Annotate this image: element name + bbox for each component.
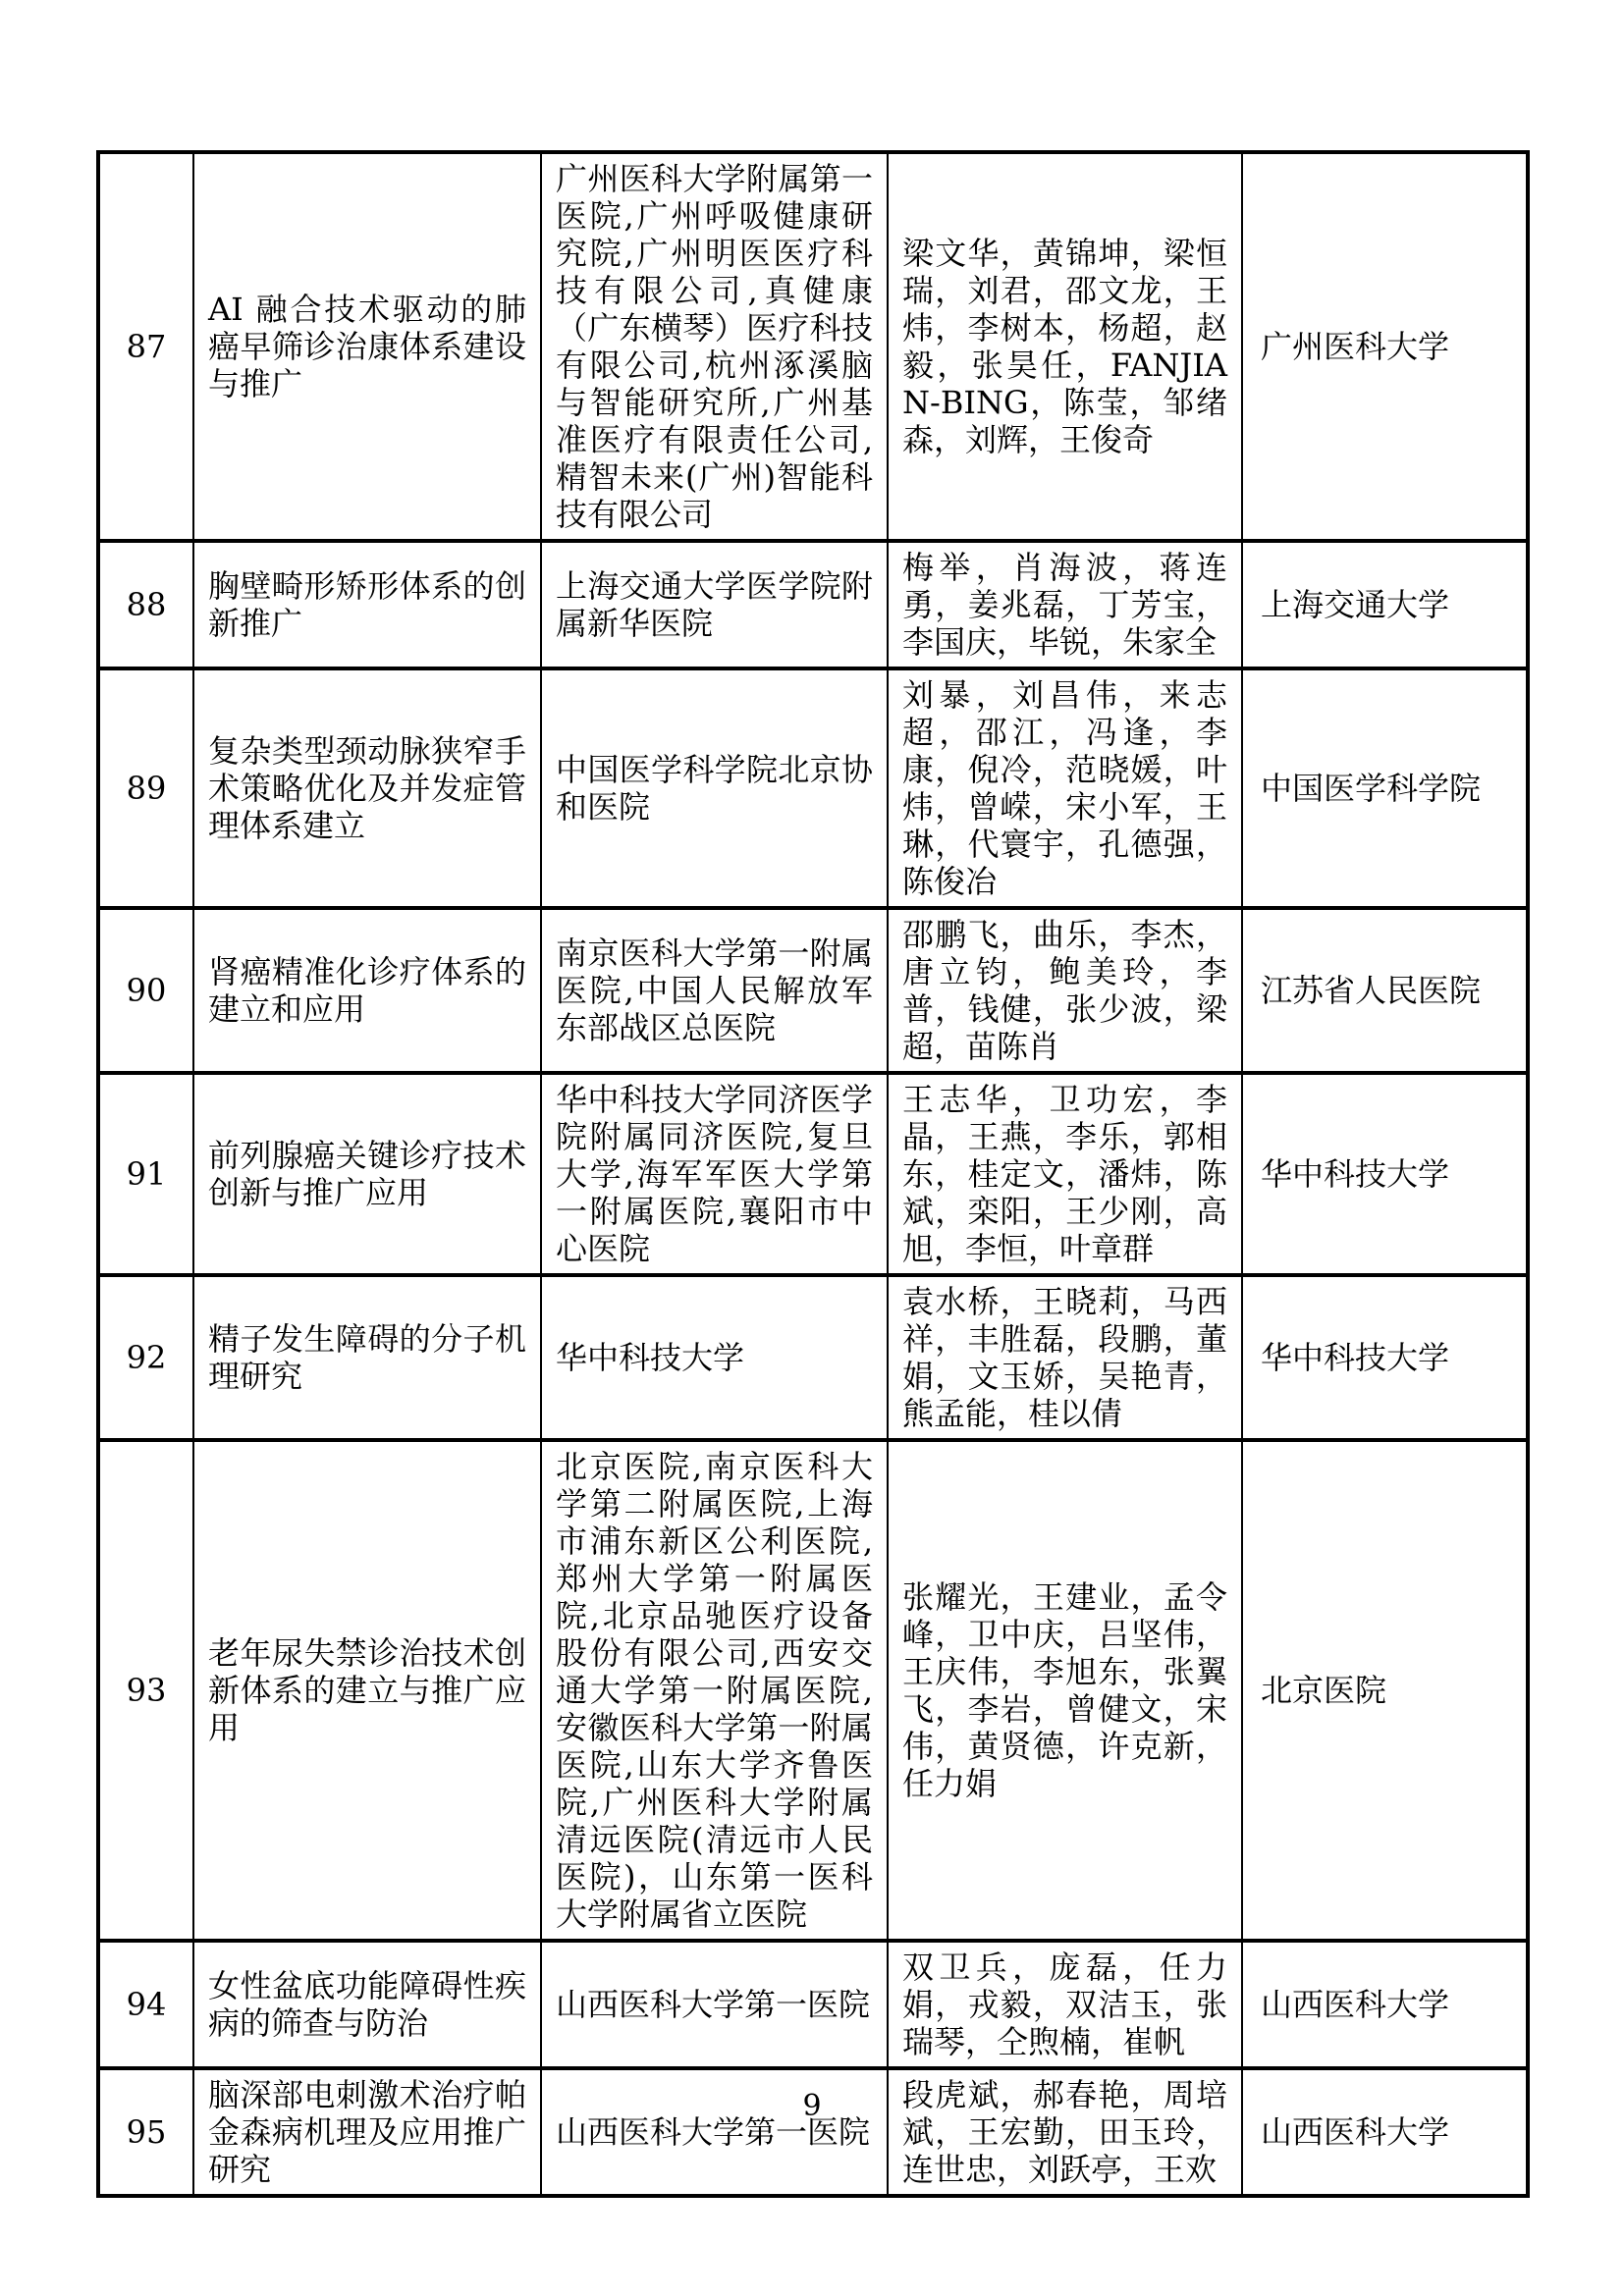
row-number: 93 <box>98 1440 193 1941</box>
project-title: 肾癌精准化诊疗体系的建立和应用 <box>193 908 541 1073</box>
project-people: 梅举，肖海波，蒋连勇，姜兆磊，丁芳宝，李国庆，毕锐，朱家全 <box>888 541 1242 668</box>
table-row: 93 老年尿失禁诊治技术创新体系的建立与推广应用 北京医院,南京医科大学第二附属… <box>98 1440 1528 1941</box>
project-title: 脑深部电刺激术治疗帕金森病机理及应用推广研究 <box>193 2068 541 2196</box>
recommending-institution: 江苏省人民医院 <box>1242 908 1528 1073</box>
project-title: 复杂类型颈动脉狭窄手术策略优化及并发症管理体系建立 <box>193 668 541 908</box>
table-row: 92 精子发生障碍的分子机理研究 华中科技大学 袁水桥，王晓莉，马西祥，丰胜磊，… <box>98 1275 1528 1440</box>
row-number: 92 <box>98 1275 193 1440</box>
completing-institutions: 中国医学科学院北京协和医院 <box>541 668 888 908</box>
completing-institutions: 北京医院,南京医科大学第二附属医院,上海市浦东新区公利医院,郑州大学第一附属医院… <box>541 1440 888 1941</box>
completing-institutions: 广州医科大学附属第一医院,广州呼吸健康研究院,广州明医医疗科技有限公司,真健康（… <box>541 152 888 541</box>
page-number: 9 <box>0 2089 1624 2124</box>
recommending-institution: 北京医院 <box>1242 1440 1528 1941</box>
recommending-institution: 中国医学科学院 <box>1242 668 1528 908</box>
project-title: 老年尿失禁诊治技术创新体系的建立与推广应用 <box>193 1440 541 1941</box>
recommending-institution: 山西医科大学 <box>1242 2068 1528 2196</box>
project-people: 张耀光，王建业，孟令峰，卫中庆，吕坚伟，王庆伟，李旭东，张翼飞，李岩，曾健文，宋… <box>888 1440 1242 1941</box>
project-people: 邵鹏飞，曲乐，李杰，唐立钧，鲍美玲，李普，钱健，张少波，梁超，苗陈肖 <box>888 908 1242 1073</box>
projects-table: 87 AI 融合技术驱动的肺癌早筛诊治康体系建设与推广 广州医科大学附属第一医院… <box>96 150 1530 2198</box>
row-number: 95 <box>98 2068 193 2196</box>
completing-institutions: 山西医科大学第一医院 <box>541 1941 888 2068</box>
project-people: 王志华，卫功宏，李晶，王燕，李乐，郭相东，桂定文，潘炜，陈斌，栾阳，王少刚，高旭… <box>888 1073 1242 1275</box>
table-row: 94 女性盆底功能障碍性疾病的筛查与防治 山西医科大学第一医院 双卫兵，庞磊，任… <box>98 1941 1528 2068</box>
table-row: 89 复杂类型颈动脉狭窄手术策略优化及并发症管理体系建立 中国医学科学院北京协和… <box>98 668 1528 908</box>
recommending-institution: 华中科技大学 <box>1242 1073 1528 1275</box>
recommending-institution: 华中科技大学 <box>1242 1275 1528 1440</box>
completing-institutions: 山西医科大学第一医院 <box>541 2068 888 2196</box>
table-row: 87 AI 融合技术驱动的肺癌早筛诊治康体系建设与推广 广州医科大学附属第一医院… <box>98 152 1528 541</box>
row-number: 91 <box>98 1073 193 1275</box>
row-number: 89 <box>98 668 193 908</box>
table-row: 95 脑深部电刺激术治疗帕金森病机理及应用推广研究 山西医科大学第一医院 段虎斌… <box>98 2068 1528 2196</box>
project-title: AI 融合技术驱动的肺癌早筛诊治康体系建设与推广 <box>193 152 541 541</box>
table-row: 90 肾癌精准化诊疗体系的建立和应用 南京医科大学第一附属医院,中国人民解放军东… <box>98 908 1528 1073</box>
table-row: 91 前列腺癌关键诊疗技术创新与推广应用 华中科技大学同济医学院附属同济医院,复… <box>98 1073 1528 1275</box>
project-title: 精子发生障碍的分子机理研究 <box>193 1275 541 1440</box>
completing-institutions: 上海交通大学医学院附属新华医院 <box>541 541 888 668</box>
completing-institutions: 华中科技大学 <box>541 1275 888 1440</box>
recommending-institution: 山西医科大学 <box>1242 1941 1528 2068</box>
project-title: 胸壁畸形矫形体系的创新推广 <box>193 541 541 668</box>
row-number: 94 <box>98 1941 193 2068</box>
project-people: 刘暴，刘昌伟，来志超，邵江，冯逢，李康，倪冷，范晓媛，叶炜，曾嵘，宋小军，王琳，… <box>888 668 1242 908</box>
project-title: 女性盆底功能障碍性疾病的筛查与防治 <box>193 1941 541 2068</box>
project-title: 前列腺癌关键诊疗技术创新与推广应用 <box>193 1073 541 1275</box>
table-row: 88 胸壁畸形矫形体系的创新推广 上海交通大学医学院附属新华医院 梅举，肖海波，… <box>98 541 1528 668</box>
row-number: 87 <box>98 152 193 541</box>
project-people: 梁文华，黄锦坤，梁恒瑞，刘君，邵文龙，王炜，李树本，杨超，赵毅，张昊任，FANJ… <box>888 152 1242 541</box>
row-number: 90 <box>98 908 193 1073</box>
completing-institutions: 华中科技大学同济医学院附属同济医院,复旦大学,海军军医大学第一附属医院,襄阳市中… <box>541 1073 888 1275</box>
row-number: 88 <box>98 541 193 668</box>
completing-institutions: 南京医科大学第一附属医院,中国人民解放军东部战区总医院 <box>541 908 888 1073</box>
recommending-institution: 上海交通大学 <box>1242 541 1528 668</box>
recommending-institution: 广州医科大学 <box>1242 152 1528 541</box>
project-people: 袁水桥，王晓莉，马西祥，丰胜磊，段鹏，董娟，文玉娇，吴艳青，熊孟能，桂以倩 <box>888 1275 1242 1440</box>
project-people: 段虎斌，郝春艳，周培斌，王宏勤，田玉玲，连世忠，刘跃亭，王欢 <box>888 2068 1242 2196</box>
project-people: 双卫兵，庞磊，任力娟，戎毅，双洁玉，张瑞琴，仝煦楠，崔帆 <box>888 1941 1242 2068</box>
